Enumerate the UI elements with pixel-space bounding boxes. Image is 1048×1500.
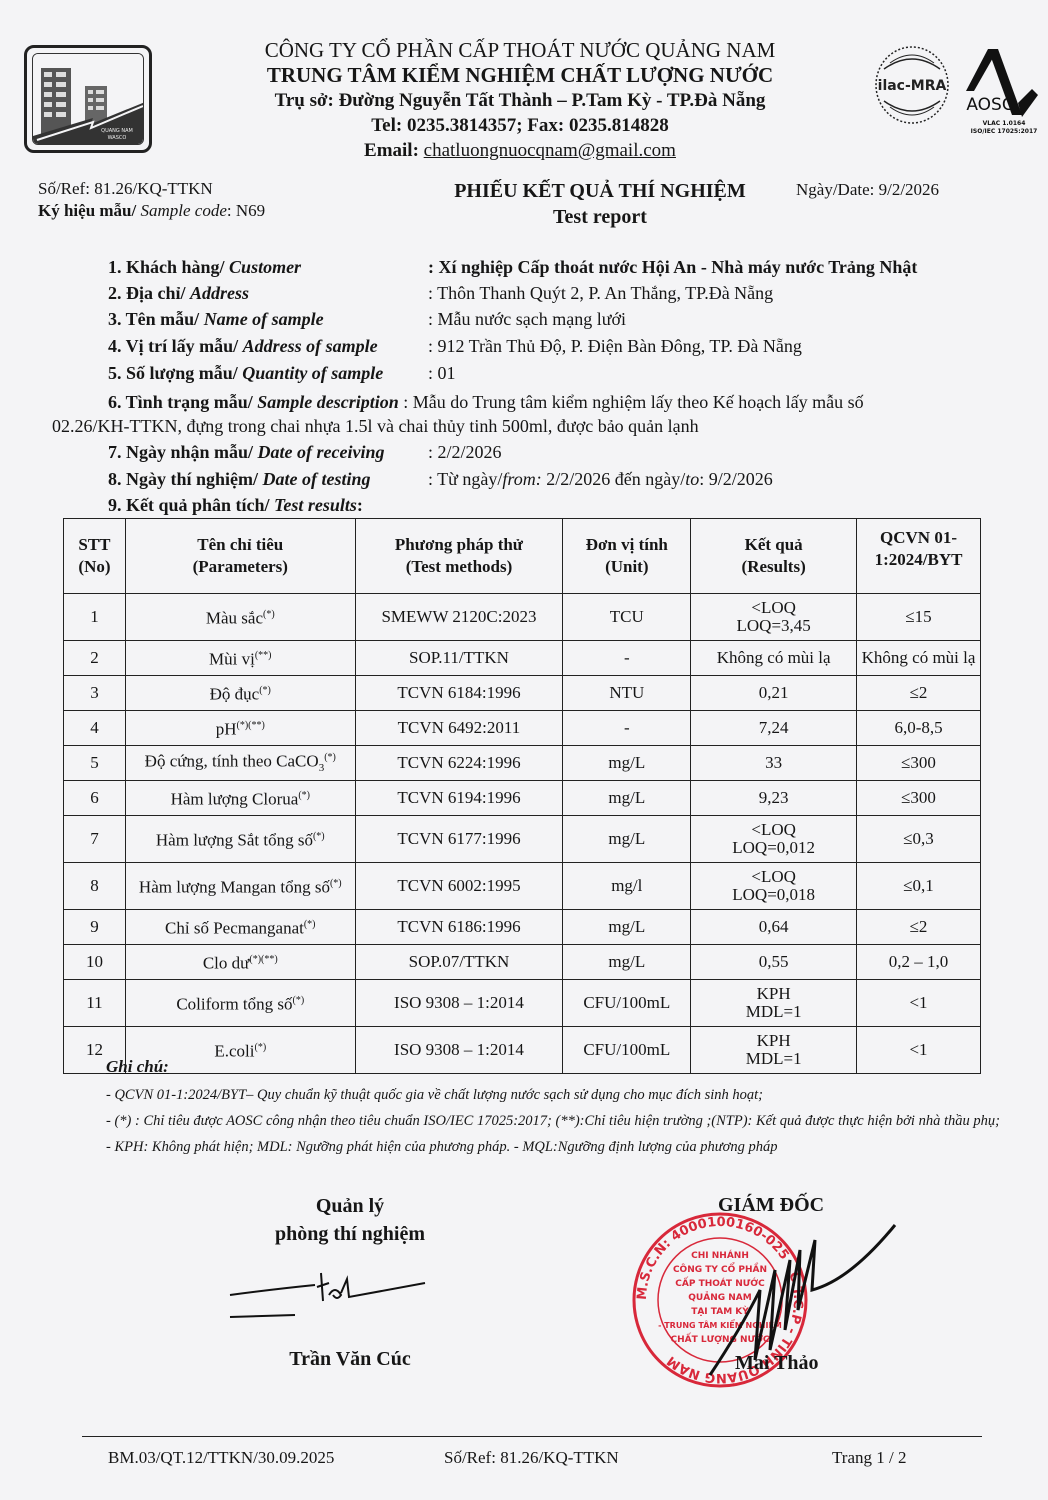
svg-text:WASCO: WASCO: [108, 135, 127, 141]
ilac-mra-icon: ilac-MRA: [876, 47, 948, 123]
email-link[interactable]: chatluongnuocqnam@gmail.com: [424, 140, 676, 161]
cell-result: <LOQLOQ=0,012: [691, 816, 857, 863]
phone-fax: Tel: 0235.3814357; Fax: 0235.814828: [170, 113, 870, 138]
footer-divider: [82, 1436, 982, 1437]
cell-limit: ≤0,3: [857, 816, 981, 863]
cell-unit: mg/L: [563, 781, 691, 816]
buildings-logo-icon: QUANG NAM WASCO: [33, 54, 144, 145]
table-row: 3Độ đục(*)TCVN 6184:1996NTU0,21≤2: [64, 676, 981, 711]
cell-parameter: pH(*)(**): [125, 711, 355, 746]
notes-section: Ghi chú: - QCVN 01-1:2024/BYT– Quy chuẩn…: [106, 1056, 1006, 1158]
note-item: - QCVN 01-1:2024/BYT– Quy chuẩn kỹ thuật…: [106, 1084, 1006, 1106]
cell-no: 8: [64, 863, 126, 910]
note-item: - (*) : Chỉ tiêu được AOSC công nhận the…: [106, 1110, 1006, 1132]
cell-result: 0,55: [691, 945, 857, 980]
svg-text:ilac-MRA: ilac-MRA: [878, 78, 947, 94]
cell-method: TCVN 6194:1996: [355, 781, 563, 816]
sample-code: Ký hiệu mẫu/ Sample code: N69: [38, 200, 265, 222]
cell-no: 9: [64, 910, 126, 945]
report-date: Ngày/Date: 9/2/2026: [796, 180, 939, 200]
cell-unit: -: [563, 711, 691, 746]
info-quantity: 5. Số lượng mẫu/ Quantity of sample: [108, 360, 383, 386]
cell-no: 7: [64, 816, 126, 863]
cell-limit: ≤15: [857, 594, 981, 641]
cell-no: 4: [64, 711, 126, 746]
table-row: 7Hàm lượng Sắt tổng số(*)TCVN 6177:1996m…: [64, 816, 981, 863]
title-en: Test report: [400, 204, 800, 230]
company-logo: QUANG NAM WASCO: [24, 45, 152, 153]
address-value: : Thôn Thanh Quýt 2, P. An Thắng, TP.Đà …: [428, 280, 773, 306]
table-row: 11Coliform tổng số(*)ISO 9308 – 1:2014CF…: [64, 980, 981, 1027]
cell-limit: ≤300: [857, 781, 981, 816]
cell-parameter: Độ cứng, tính theo CaCO3(*): [125, 746, 355, 781]
cell-limit: Không có mùi lạ: [857, 641, 981, 676]
cell-parameter: Hàm lượng Sắt tổng số(*): [125, 816, 355, 863]
cell-result: <LOQLOQ=0,018: [691, 863, 857, 910]
cell-no: 5: [64, 746, 126, 781]
cell-method: ISO 9308 – 1:2014: [355, 980, 563, 1027]
cell-result: 33: [691, 746, 857, 781]
column-header: Tên chỉ tiêu(Parameters): [125, 519, 355, 594]
cell-unit: mg/L: [563, 910, 691, 945]
cell-no: 3: [64, 676, 126, 711]
notes-heading: Ghi chú:: [106, 1056, 1006, 1078]
footer-page: Trang 1 / 2: [832, 1448, 906, 1468]
cell-method: TCVN 6492:2011: [355, 711, 563, 746]
cell-method: TCVN 6186:1996: [355, 910, 563, 945]
table-row: 10Clo dư(*)(**)SOP.07/TTKNmg/L0,550,2 – …: [64, 945, 981, 980]
cell-limit: 0,2 – 1,0: [857, 945, 981, 980]
date-receiving-value: : 2/2/2026: [428, 439, 502, 465]
cell-result: 9,23: [691, 781, 857, 816]
company-name: CÔNG TY CỔ PHẦN CẤP THOÁT NƯỚC QUẢNG NAM: [170, 38, 870, 63]
info-sample-name: 3. Tên mẫu/ Name of sample: [108, 306, 324, 332]
cell-method: SOP.11/TTKN: [355, 641, 563, 676]
column-header: STT(No): [64, 519, 126, 594]
info-date-testing: 8. Ngày thí nghiệm/ Date of testing: [108, 466, 371, 492]
svg-text:QUANG NAM: QUANG NAM: [101, 128, 133, 134]
quantity-value: : 01: [428, 360, 456, 386]
title-vi: PHIẾU KẾT QUẢ THÍ NGHIỆM: [400, 178, 800, 204]
cell-unit: TCU: [563, 594, 691, 641]
cell-result: 7,24: [691, 711, 857, 746]
table-row: 4pH(*)(**)TCVN 6492:2011-7,246,0-8,5: [64, 711, 981, 746]
cell-no: 10: [64, 945, 126, 980]
sample-name-value: : Mẫu nước sạch mạng lưới: [428, 306, 626, 332]
customer-value: : Xí nghiệp Cấp thoát nước Hội An - Nhà …: [428, 254, 917, 280]
table-row: 1Màu sắc(*)SMEWW 2120C:2023TCU<LOQLOQ=3,…: [64, 594, 981, 641]
cell-unit: -: [563, 641, 691, 676]
svg-text:VLAC 1.0164: VLAC 1.0164: [983, 120, 1026, 127]
lab-manager-name: Trần Văn Cúc: [230, 1348, 470, 1371]
cell-result: 0,64: [691, 910, 857, 945]
cell-parameter: Hàm lượng Clorua(*): [125, 781, 355, 816]
cell-result: Không có mùi lạ: [691, 641, 857, 676]
cell-result: <LOQLOQ=3,45: [691, 594, 857, 641]
cell-parameter: Chỉ số Pecmanganat(*): [125, 910, 355, 945]
column-header: QCVN 01-1:2024/BYT: [857, 519, 981, 594]
column-header: Kết quả(Results): [691, 519, 857, 594]
info-customer: 1. Khách hàng/ Customer: [108, 254, 301, 280]
cell-method: TCVN 6224:1996: [355, 746, 563, 781]
cell-no: 1: [64, 594, 126, 641]
cell-limit: <1: [857, 980, 981, 1027]
footer-form-code: BM.03/QT.12/TTKN/30.09.2025: [108, 1448, 334, 1468]
footer-ref: Số/Ref: 81.26/KQ-TTKN: [444, 1448, 619, 1468]
cell-limit: ≤300: [857, 746, 981, 781]
note-item: - KPH: Không phát hiện; MDL: Ngưỡng phát…: [106, 1136, 1006, 1158]
svg-text:AOSC: AOSC: [966, 95, 1013, 115]
cell-unit: mg/L: [563, 816, 691, 863]
info-test-results: 9. Kết quả phân tích/ Test results:: [108, 492, 363, 518]
column-header: Đơn vị tính(Unit): [563, 519, 691, 594]
email-label: Email:: [364, 140, 424, 161]
info-sample-location: 4. Vị trí lấy mẫu/ Address of sample: [108, 333, 378, 359]
cell-parameter: Hàm lượng Mangan tổng số(*): [125, 863, 355, 910]
cell-method: SOP.07/TTKN: [355, 945, 563, 980]
cell-parameter: Clo dư(*)(**): [125, 945, 355, 980]
cell-unit: CFU/100mL: [563, 980, 691, 1027]
accreditation-logos: ilac-MRA AOSC VLAC 1.0164 ISO/IEC 17025:…: [872, 45, 1042, 140]
cell-method: TCVN 6002:1995: [355, 863, 563, 910]
table-row: 8Hàm lượng Mangan tổng số(*)TCVN 6002:19…: [64, 863, 981, 910]
cell-limit: 6,0-8,5: [857, 711, 981, 746]
cell-parameter: Coliform tổng số(*): [125, 980, 355, 1027]
report-reference: Số/Ref: 81.26/KQ-TTKN Ký hiệu mẫu/ Sampl…: [38, 178, 265, 222]
cell-unit: NTU: [563, 676, 691, 711]
cell-unit: mg/L: [563, 945, 691, 980]
info-address: 2. Địa chỉ/ Address: [108, 280, 249, 306]
table-row: 9Chỉ số Pecmanganat(*)TCVN 6186:1996mg/L…: [64, 910, 981, 945]
office-address: Trụ sở: Đường Nguyễn Tất Thành – P.Tam K…: [170, 88, 870, 113]
sample-location-value: : 912 Trần Thủ Độ, P. Điện Bàn Đông, TP.…: [428, 333, 802, 359]
svg-text:ISO/IEC 17025:2017: ISO/IEC 17025:2017: [971, 128, 1038, 135]
column-header: Phương pháp thử(Test methods): [355, 519, 563, 594]
director-name: Mai Thảo: [735, 1352, 819, 1375]
lab-manager-signature-icon: [225, 1265, 435, 1335]
cell-result: 0,21: [691, 676, 857, 711]
cell-parameter: Màu sắc(*): [125, 594, 355, 641]
email-line: Email: chatluongnuocqnam@gmail.com: [170, 138, 870, 163]
table-row: 6Hàm lượng Clorua(*)TCVN 6194:1996mg/L9,…: [64, 781, 981, 816]
cell-unit: mg/l: [563, 863, 691, 910]
cell-method: TCVN 6177:1996: [355, 816, 563, 863]
cell-method: SMEWW 2120C:2023: [355, 594, 563, 641]
results-table: STT(No)Tên chỉ tiêu(Parameters)Phương ph…: [63, 518, 981, 1074]
table-row: 2Mùi vị(**)SOP.11/TTKN-Không có mùi lạKh…: [64, 641, 981, 676]
table-row: 5Độ cứng, tính theo CaCO3(*)TCVN 6224:19…: [64, 746, 981, 781]
cell-no: 6: [64, 781, 126, 816]
cell-limit: ≤2: [857, 910, 981, 945]
table-header-row: STT(No)Tên chỉ tiêu(Parameters)Phương ph…: [64, 519, 981, 594]
organization-header: CÔNG TY CỔ PHẦN CẤP THOÁT NƯỚC QUẢNG NAM…: [170, 38, 870, 163]
cell-limit: ≤2: [857, 676, 981, 711]
info-sample-description: 6. Tình trạng mẫu/ Sample description : …: [108, 389, 864, 415]
cell-result: KPHMDL=1: [691, 980, 857, 1027]
cell-method: TCVN 6184:1996: [355, 676, 563, 711]
cell-unit: mg/L: [563, 746, 691, 781]
report-title: PHIẾU KẾT QUẢ THÍ NGHIỆM Test report: [400, 178, 800, 230]
cell-no: 2: [64, 641, 126, 676]
aosc-logo-icon: AOSC VLAC 1.0164 ISO/IEC 17025:2017: [966, 49, 1038, 135]
sample-description-cont: 02.26/KH-TTKN, đựng trong chai nhựa 1.5l…: [52, 413, 699, 439]
lab-manager-title: Quản lý phòng thí nghiệm: [230, 1192, 470, 1248]
info-date-receiving: 7. Ngày nhận mẫu/ Date of receiving: [108, 439, 385, 465]
center-name: TRUNG TÂM KIỂM NGHIỆM CHẤT LƯỢNG NƯỚC: [170, 63, 870, 88]
cell-no: 11: [64, 980, 126, 1027]
cell-parameter: Độ đục(*): [125, 676, 355, 711]
cell-parameter: Mùi vị(**): [125, 641, 355, 676]
cell-limit: ≤0,1: [857, 863, 981, 910]
ref-number: Số/Ref: 81.26/KQ-TTKN: [38, 178, 265, 200]
date-testing-value: : Từ ngày/from: 2/2/2026 đến ngày/to: 9/…: [428, 466, 773, 492]
